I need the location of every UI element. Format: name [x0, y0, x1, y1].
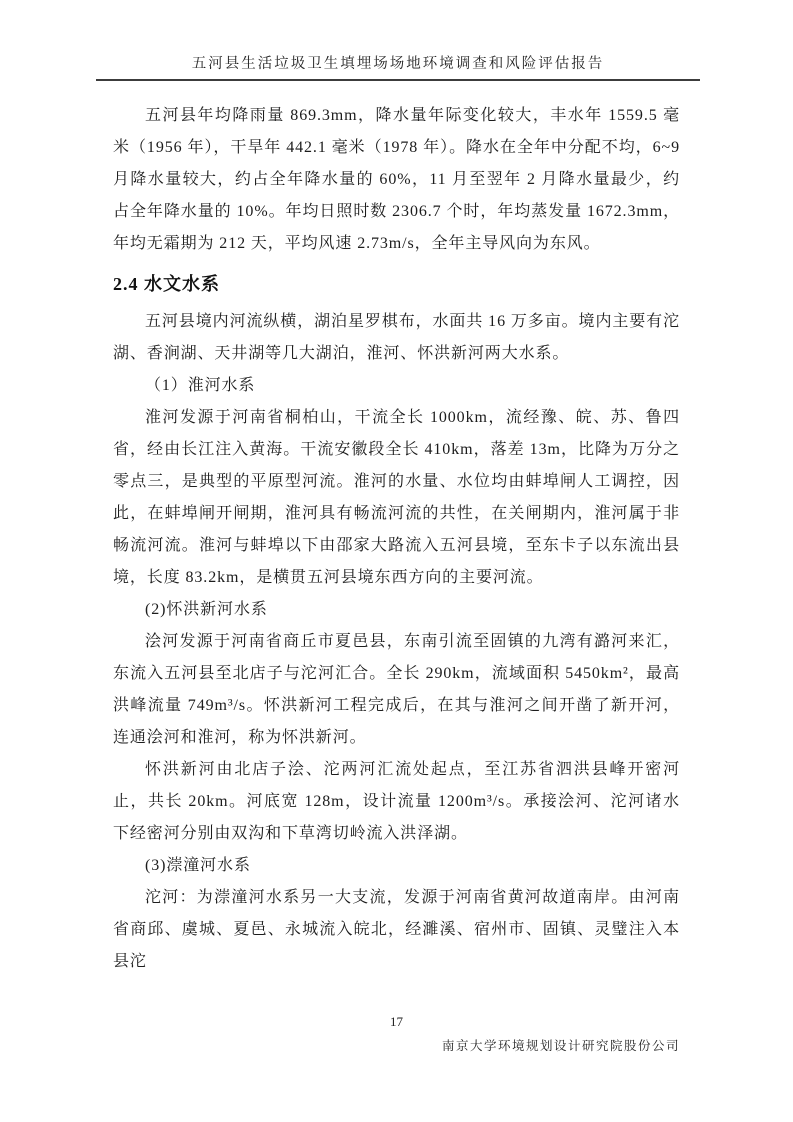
footer-company-name: 南京大学环境规划设计研究院股份公司: [442, 1036, 680, 1054]
paragraph-rivers-overview: 五河县境内河流纵横，湖泊星罗棋布，水面共 16 万多亩。境内主要有沱湖、香涧湖、…: [113, 306, 680, 370]
document-body: 五河县年均降雨量 869.3mm，降水量年际变化较大，丰水年 1559.5 毫米…: [113, 100, 680, 978]
paragraph-huihe-river: 浍河发源于河南省商丘市夏邑县，东南引流至固镇的九湾有潞河来汇，东流入五河县至北店…: [113, 626, 680, 754]
paragraph-huaihe-river: 淮河发源于河南省桐柏山，干流全长 1000km，流经豫、皖、苏、鲁四省，经由长江…: [113, 402, 680, 594]
page-header: 五河县生活垃圾卫生填埋场场地环境调查和风险评估报告: [96, 52, 700, 73]
section-heading-hydrology: 2.4 水文水系: [113, 267, 680, 301]
header-rule: [96, 79, 700, 81]
document-page: 五河县生活垃圾卫生填埋场场地环境调查和风险评估报告 五河县年均降雨量 869.3…: [0, 0, 793, 1122]
paragraph-tuohe-river: 沱河：为漴潼河水系另一大支流，发源于河南省黄河故道南岸。由河南省商邱、虞城、夏邑…: [113, 882, 680, 978]
subheading-huaihong-system: (2)怀洪新河水系: [113, 594, 680, 626]
paragraph-climate: 五河县年均降雨量 869.3mm，降水量年际变化较大，丰水年 1559.5 毫米…: [113, 100, 680, 260]
page-number: 17: [0, 1014, 793, 1030]
paragraph-huaihong-course: 怀洪新河由北店子浍、沱两河汇流处起点，至江苏省泗洪县峰开密河止，共长 20km。…: [113, 754, 680, 850]
subheading-huaihe-system: （1）淮河水系: [113, 370, 680, 402]
header-title: 五河县生活垃圾卫生填埋场场地环境调查和风险评估报告: [96, 52, 700, 73]
subheading-chongtong-system: (3)漴潼河水系: [113, 850, 680, 882]
